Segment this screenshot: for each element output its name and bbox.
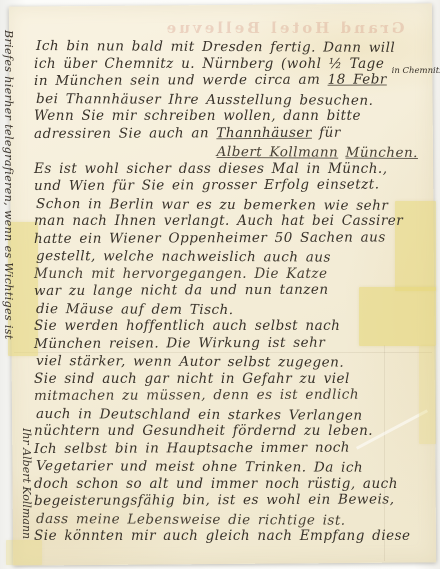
letter-line: Ich selbst bin in Hauptsache immer noch [34, 439, 428, 458]
letter-line: in München sein und werde circa am 18 Fe… [34, 71, 428, 90]
letter-line: Munch mit hervorgegangen. Die Katze [34, 266, 428, 284]
letter-line: gestellt, welche nachweislich auch aus [36, 248, 428, 268]
letter-line: Ich bin nun bald mit Dresden fertig. Dan… [36, 38, 428, 58]
letter-line: dass meine Lebensweise die richtige ist. [36, 511, 428, 531]
letter-line: Vegetarier und meist ohne Trinken. Da ic… [36, 458, 428, 478]
letter-line: viel stärker, wenn Autor selbst zugegen. [36, 353, 428, 373]
letter-line: Sie werden hoffentlich auch selbst nach [34, 318, 428, 336]
letter-line: doch schon so alt und immer noch rüstig,… [34, 476, 428, 494]
letter-body: Ich bin nun bald mit Dresden fertig. Dan… [34, 38, 428, 546]
letter-line: Sie sind auch gar nicht in Gefahr zu vie… [34, 371, 428, 389]
letter-line: adressiren Sie auch an Thannhäuser für [34, 124, 428, 143]
letter-line: Schon in Berlin war es zu bemerken wie s… [36, 196, 428, 216]
letter-line: nüchtern und Gesundheit fördernd zu lebe… [34, 423, 428, 441]
letter-line: bei Thannhäuser Ihre Ausstellung besuche… [36, 91, 428, 111]
letter-line: Wenn Sie mir schreiben wollen, dann bitt… [34, 108, 428, 126]
letter-line: Albert Kollmann München. [36, 143, 428, 163]
margin-signature: Ihr Albert Kollmann [19, 428, 33, 563]
letter-line: ich über Chemnitz u. Nürnberg (wohl ½ Ta… [34, 56, 428, 74]
letter-line: und Wien für Sie ein grosser Erfolg eins… [34, 176, 428, 195]
letter-line: mitmachen zu müssen, denn es ist endlich [34, 386, 428, 405]
letter-line: auch in Deutschland ein starkes Verlange… [36, 406, 428, 426]
letter-scan: Grand Hotel Bellevue Briefes hierher tel… [0, 0, 440, 569]
letter-line: Es ist wohl sicher dass dieses Mal in Mü… [34, 161, 428, 179]
letter-line: München reisen. Die Wirkung ist sehr [34, 334, 428, 353]
letter-line: die Mäuse auf dem Tisch. [36, 301, 428, 321]
bleedthrough-letterhead-text: Grand Hotel Bellevue [148, 19, 420, 37]
margin-note: Briefes hierher telegrafieren, wenn es W… [1, 30, 15, 475]
letter-line: begeisterungsfähig bin, ist es wohl ein … [34, 491, 428, 510]
letter-line: war zu lange nicht da und nun tanzen [34, 281, 428, 300]
letter-line: man nach Ihnen verlangt. Auch hat bei Ca… [34, 213, 428, 231]
letter-line: Sie könnten mir auch gleich nach Empfang… [34, 528, 428, 546]
letter-line: hatte ein Wiener Oppenheimer 50 Sachen a… [34, 229, 428, 248]
